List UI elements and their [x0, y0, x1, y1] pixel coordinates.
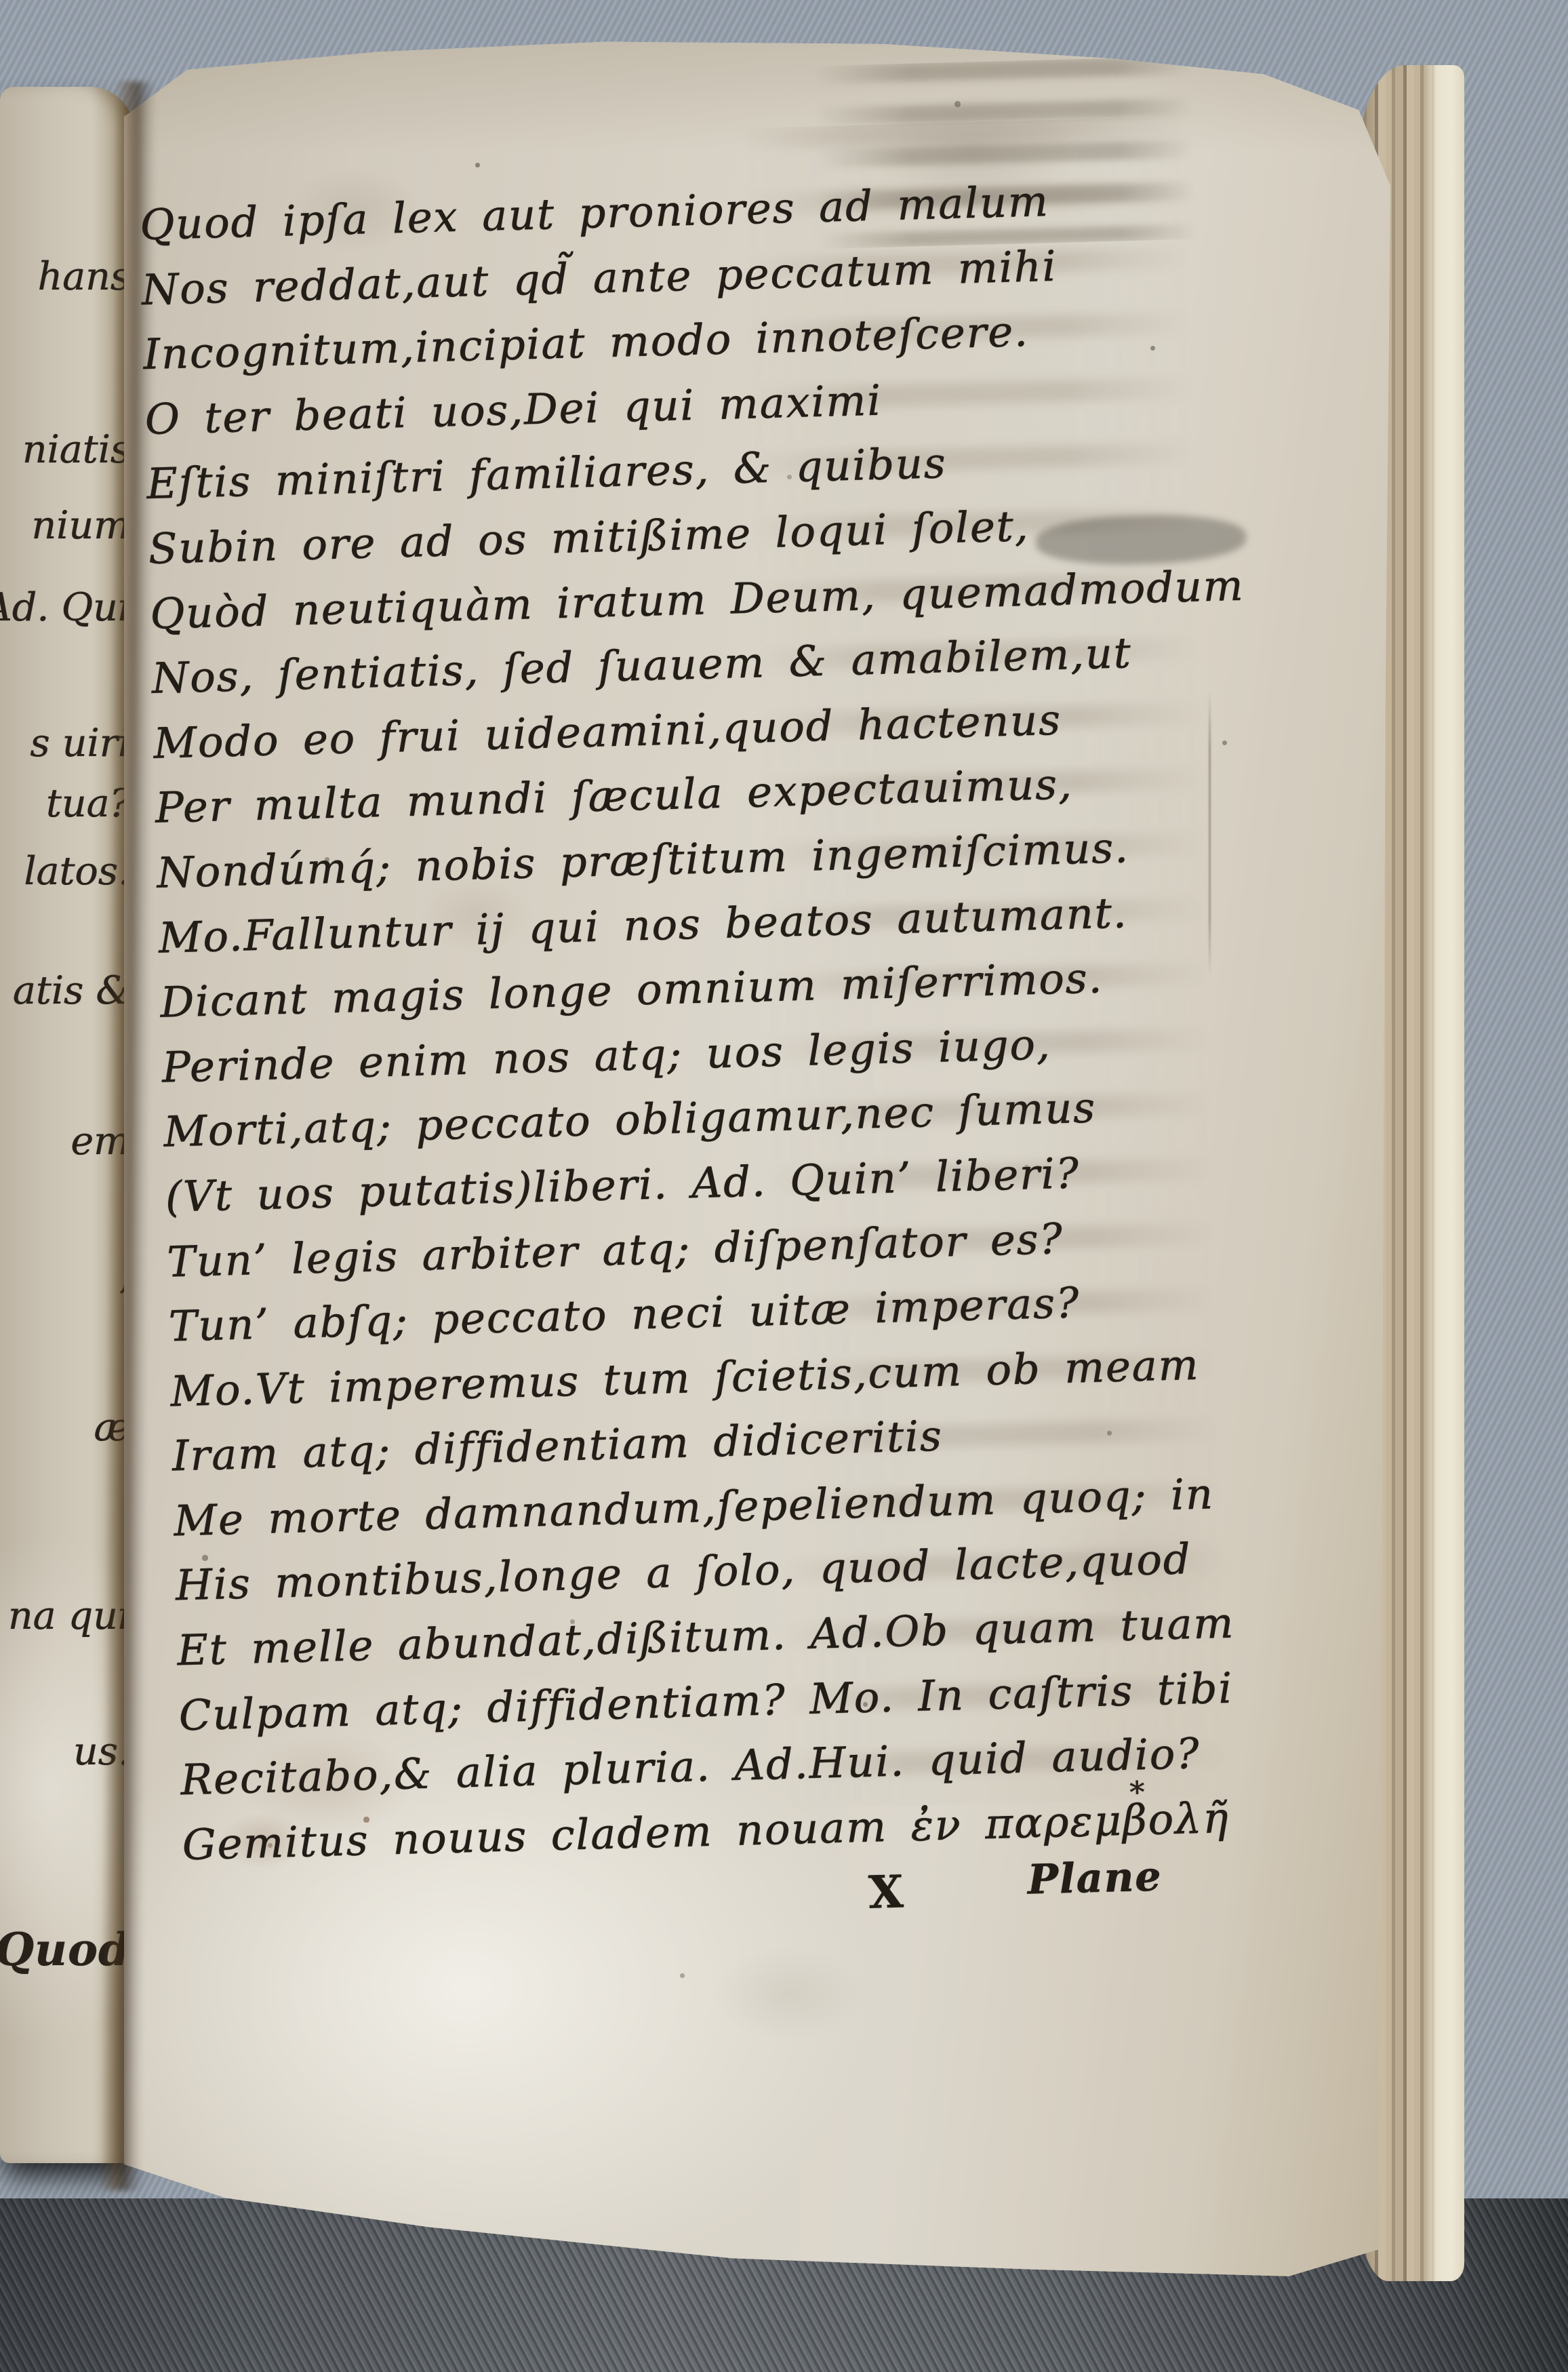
book-page: Quod ipſa lex aut proniores ad malumNos … [124, 41, 1390, 2278]
margin-fragment: s uiri [30, 719, 130, 767]
margin-fragment: hans [37, 253, 130, 300]
margin-fragment: em [71, 1118, 130, 1165]
margin-fragment: tua? [46, 780, 130, 827]
verse-lines: Quod ipſa lex aut proniores ad malumNos … [139, 161, 1390, 1877]
margin-fragment: latos. [24, 848, 130, 895]
book-photograph: hansniatisniumAd. Quis uiritua?latos.ati… [0, 0, 1568, 2372]
margin-fragment: atis & [13, 967, 130, 1014]
text-block: Quod ipſa lex aut proniores ad malumNos … [139, 161, 1390, 1942]
facing-page-edge: hansniatisniumAd. Quis uiritua?latos.ati… [0, 87, 134, 2163]
margin-fragment: Ad. Qui [0, 584, 130, 631]
catchword: Plane [1027, 1853, 1163, 1904]
margin-fragment: na qui [8, 1592, 130, 1640]
signature-mark: X [868, 1865, 905, 1919]
margin-fragment: nium [31, 502, 130, 549]
margin-fragment: niatis [22, 426, 130, 473]
printer-note-mark: * [1129, 1775, 1146, 1811]
margin-fragment: Quod [0, 1926, 130, 1973]
margin-fragment: us. [73, 1728, 130, 1775]
